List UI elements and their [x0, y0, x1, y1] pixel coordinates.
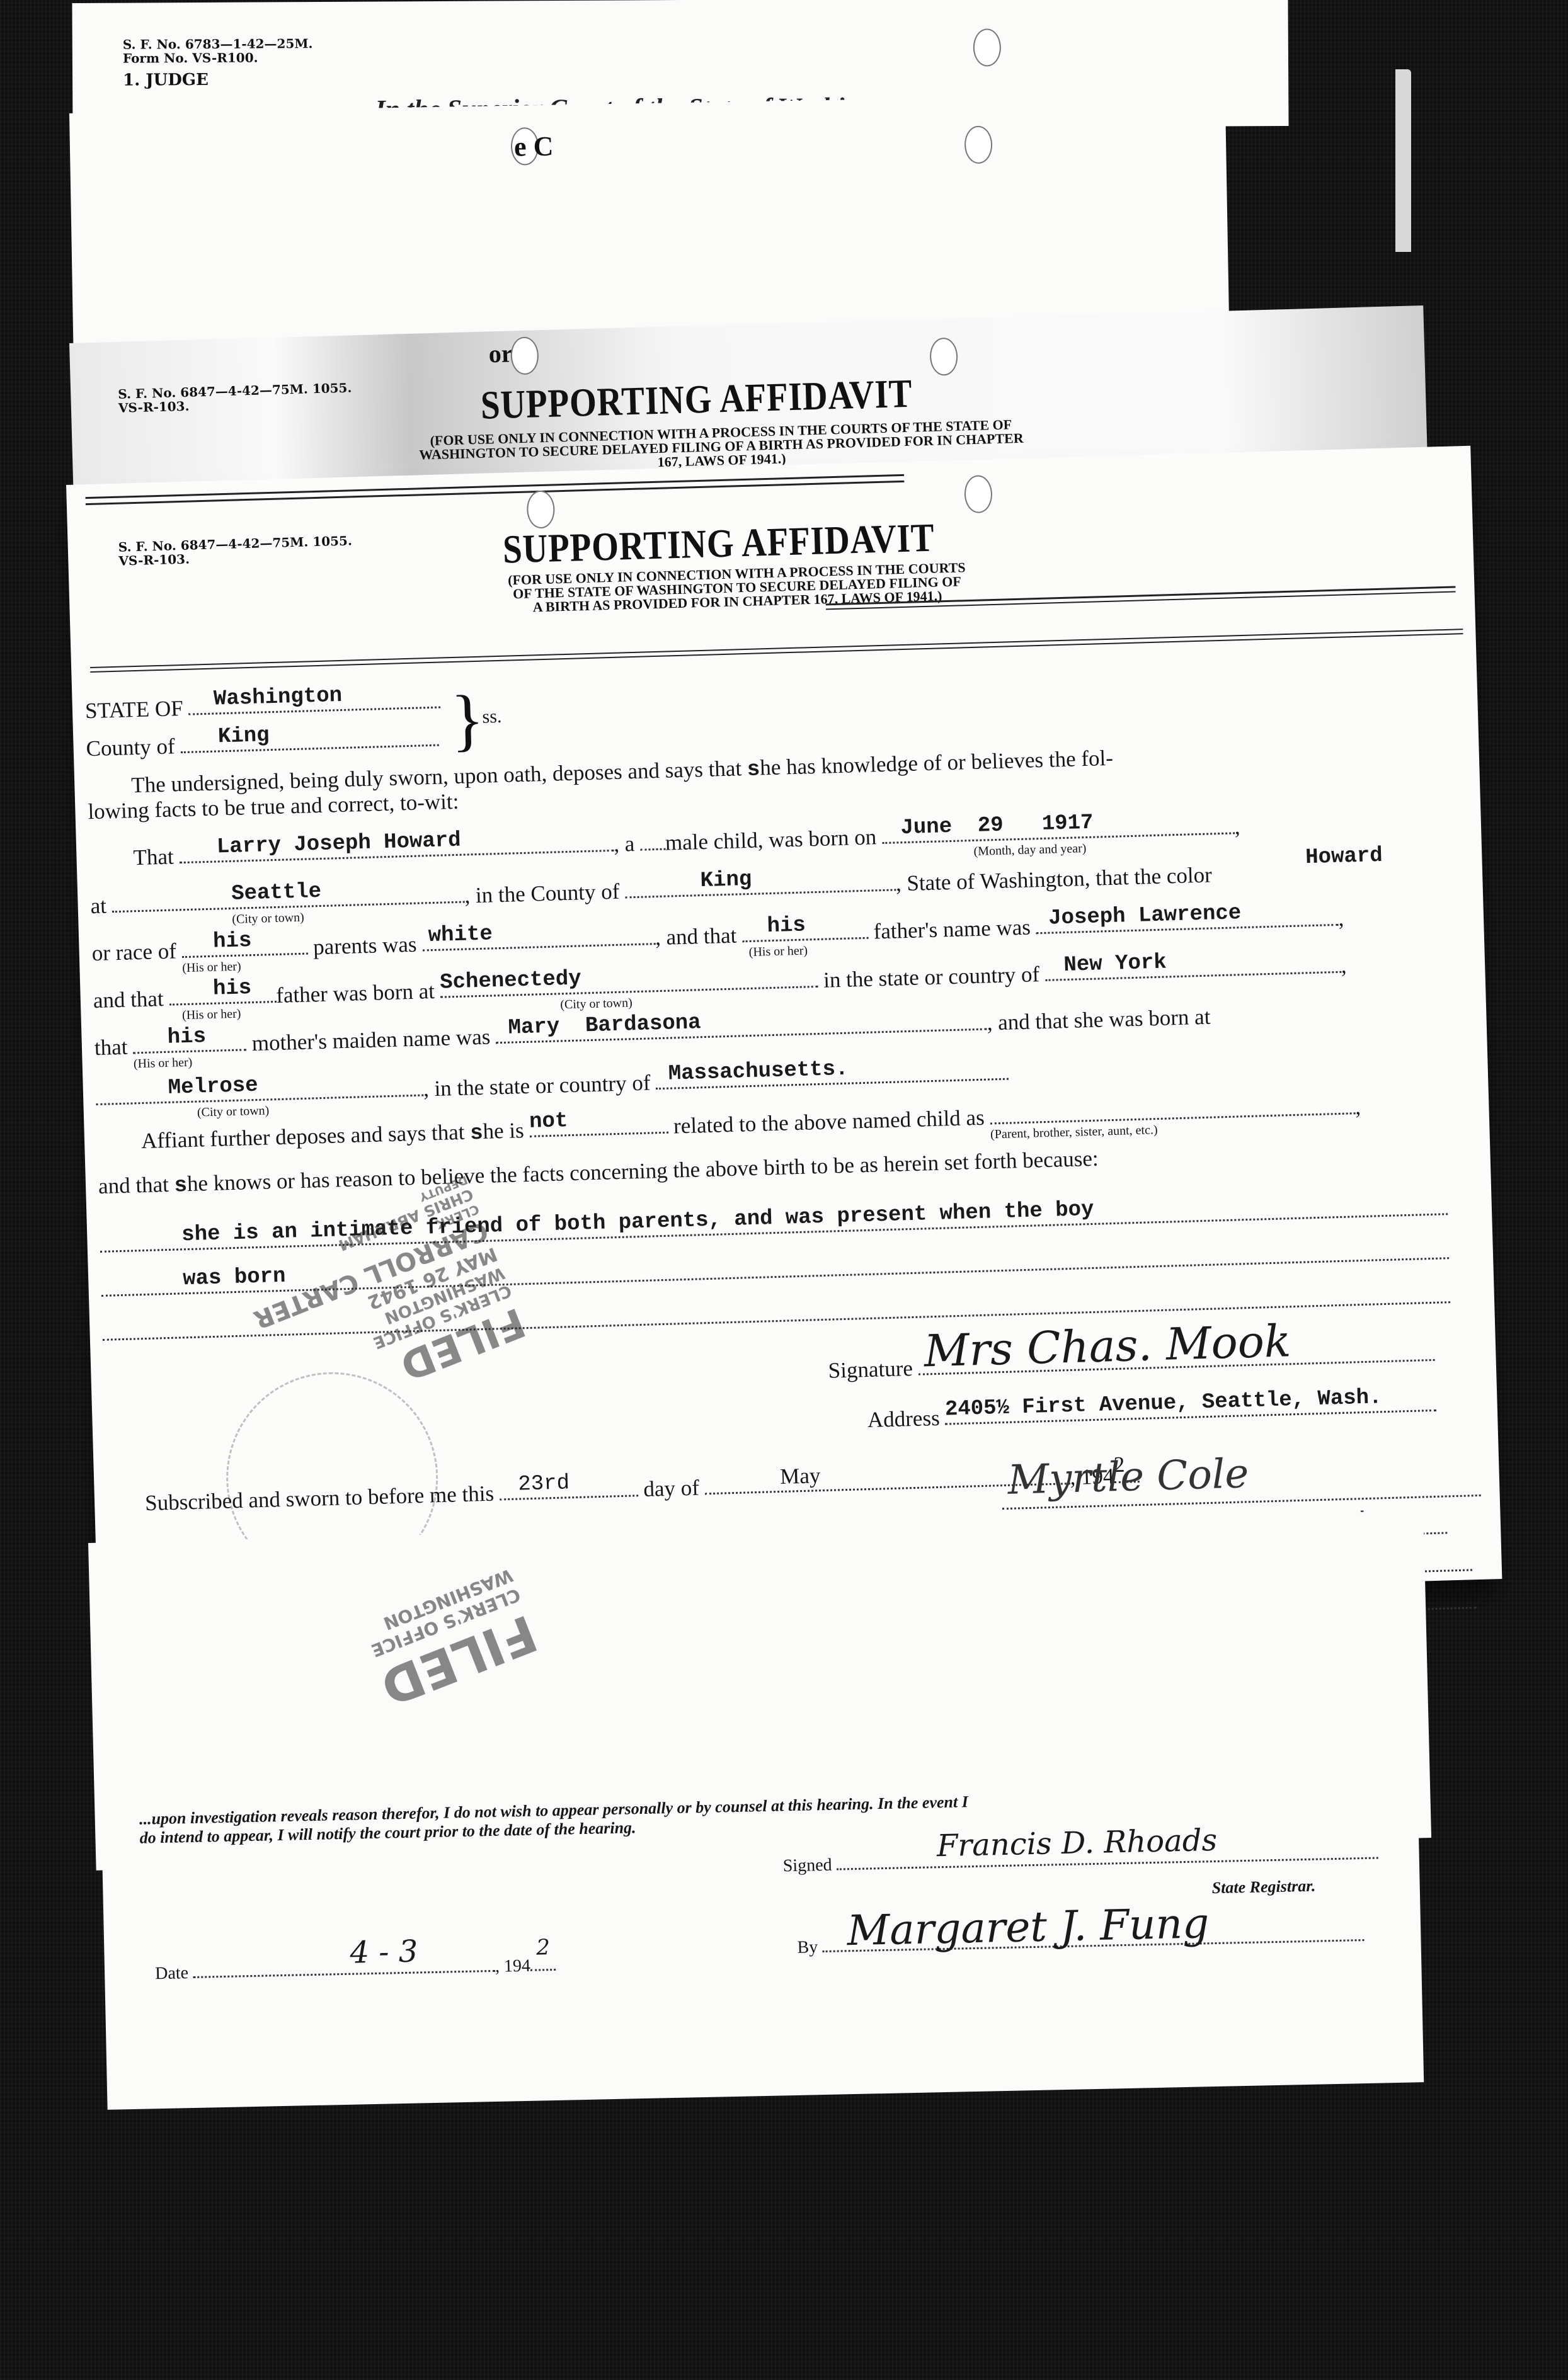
by-value: Margaret J. Fung [847, 1899, 1210, 1955]
venue-state-row: STATE OF Washington [84, 689, 440, 724]
form-number: S. F. No. 6847—4-42—75M. 1055. VS-R-103. [118, 533, 352, 567]
signature-row: Signature Mrs Chas. Mook [828, 1341, 1435, 1384]
pronoun-value: his [213, 929, 252, 954]
race-field[interactable]: white [422, 940, 655, 951]
state-wa-label: , State of Washington, that the color [895, 862, 1212, 896]
by-label: By [797, 1937, 818, 1957]
and-that-label: , and that [655, 923, 736, 950]
his-or-her-caption: (His or her) [134, 1056, 193, 1072]
and-that-label: and that [93, 986, 164, 1013]
father-birth-city-field[interactable]: Schenectedy (City or town) [440, 983, 818, 998]
registrar-text: ...upon investigation reveals reason the… [139, 1792, 969, 1848]
punch-hole [964, 475, 993, 513]
mother-birth-city-field[interactable]: Melrose (City or town) [96, 1092, 423, 1106]
sex-value: male [665, 829, 708, 855]
section-label: 1. JUDGE [123, 71, 209, 90]
state-field[interactable]: Washington [189, 704, 441, 715]
gender-prefix[interactable]: s [470, 1122, 483, 1146]
ss-label: ss. [482, 706, 502, 728]
father-birth-state-field[interactable]: New York [1045, 969, 1341, 981]
filed-stamp-copy: FILED CLERK'S OFFICE WASHINGTON [358, 1564, 545, 1717]
by-field[interactable]: Margaret J. Fung [822, 1937, 1364, 1952]
registrar-sheet: ...upon investigation reveals reason the… [101, 1761, 1424, 2110]
signed-value: Francis D. Rhoads [936, 1823, 1217, 1864]
knows-row: and that she knows or has reason to beli… [98, 1146, 1099, 1200]
day-of-label: day of [643, 1476, 700, 1501]
punch-hole [510, 336, 539, 375]
date-row: Date 4 - 3 , 1942 [155, 1956, 556, 1984]
relation-caption: (Parent, brother, sister, aunt, etc.) [990, 1123, 1158, 1142]
city-caption: (City or town) [197, 1103, 270, 1120]
father-name-label: father's name was [873, 915, 1031, 944]
relation-field[interactable]: (Parent, brother, sister, aunt, etc.) [990, 1110, 1355, 1124]
child-name-field[interactable]: Larry Joseph Howard [180, 847, 614, 863]
father-birthplace-row: and that his (His or her) father was bor… [93, 954, 1347, 1014]
signature-field[interactable]: Mrs Chas. Mook [918, 1357, 1435, 1375]
mother-maiden-label: mother's maiden name was [251, 1025, 491, 1056]
venue-county-row: County of King [86, 727, 439, 762]
related-label: related to the above named child as [673, 1105, 985, 1139]
mother-birth-state-field[interactable]: Massachusetts. [656, 1076, 1009, 1090]
she-born-label: , and that she was born at [987, 1005, 1211, 1035]
mother-maiden-field[interactable]: Mary Bardasona [496, 1026, 987, 1044]
birth-date-value: June 29 1917 [900, 811, 1094, 841]
pronoun-value: his [212, 976, 251, 1001]
parents-was-label: parents was [313, 932, 417, 960]
child-name-row: That Larry Joseph Howard , a male child,… [133, 814, 1240, 870]
pronoun-field-2[interactable]: his (His or her) [742, 935, 868, 943]
his-or-her-caption: (His or her) [182, 1007, 241, 1023]
father-name-field[interactable]: Joseph Lawrence [1036, 921, 1339, 934]
address-value: 2405½ First Avenue, Seattle, Wash. [944, 1386, 1382, 1421]
birth-date-field[interactable]: June 29 1917 (Month, day and year) [882, 829, 1235, 844]
pronoun-field-3[interactable]: his (His or her) [169, 998, 276, 1006]
affidavit-title: SUPPORTING AFFIDAVIT [480, 370, 913, 429]
father-name-value: Joseph Lawrence [1048, 901, 1242, 931]
birth-county-value: King [700, 868, 752, 893]
state-registrar-caption: State Registrar. [1211, 1877, 1315, 1898]
address-field[interactable]: 2405½ First Avenue, Seattle, Wash. [945, 1407, 1436, 1425]
signature-value: Mrs Chas. Mook [924, 1315, 1292, 1377]
folder-tab [1395, 69, 1411, 252]
relation-status-value: not [529, 1109, 568, 1134]
address-label: Address [867, 1406, 940, 1432]
mother-birthplace-row: Melrose (City or town) , in the state or… [96, 1061, 1009, 1111]
signature-label: Signature [828, 1356, 913, 1383]
date-label: Date [155, 1963, 188, 1983]
surname-overtype: Howard [1305, 844, 1383, 870]
gender-prefix[interactable]: s [747, 758, 760, 782]
birth-city-value: Seattle [231, 880, 322, 906]
sheet-fragment: or [488, 338, 513, 368]
further-text: Affiant further deposes and says that [141, 1120, 465, 1153]
notary-signature[interactable]: Myrtle Cole [1007, 1450, 1249, 1504]
father-birth-city-value: Schenectedy [440, 967, 581, 994]
race-of-label: or race of [91, 938, 176, 965]
sheet-fragment: e C [514, 130, 554, 163]
pronoun-field-4[interactable]: his (His or her) [133, 1046, 246, 1054]
birth-place-row: at Seattle (City or town) , in the Count… [90, 862, 1212, 919]
county-of-label: , in the County of [464, 879, 620, 908]
year-prefix: , 194 [495, 1956, 531, 1976]
birth-date-caption: (Month, day and year) [973, 841, 1086, 859]
punch-hole [973, 28, 1001, 66]
form-number: S. F. No. 6847—4-42—75M. 1055. VS-R-103. [118, 381, 352, 415]
birth-county-field[interactable]: King [625, 886, 896, 898]
pronoun-field-1[interactable]: his (His or her) [182, 950, 308, 959]
knows-text: and that [98, 1172, 169, 1199]
birth-city-field[interactable]: Seattle (City or town) [112, 899, 465, 913]
date-field[interactable]: 4 - 3 [193, 1967, 495, 1978]
mother-name-row: that his (His or her) mother's maiden na… [94, 1005, 1211, 1061]
father-born-label: father was born at [276, 979, 435, 1008]
form-number: S. F. No. 6783—1-42—25M. Form No. VS-R10… [123, 37, 313, 65]
city-caption: (City or town) [232, 911, 304, 927]
venue-brace: } [450, 688, 485, 751]
city-caption: (City or town) [560, 996, 632, 1012]
county-label: County of [86, 734, 175, 761]
county-field[interactable]: King [181, 742, 439, 753]
child-name-value: Larry Joseph Howard [217, 829, 462, 860]
sworn-month-value: May [780, 1463, 821, 1489]
that-label: that [94, 1035, 128, 1060]
that-label: That [133, 844, 174, 870]
state-country-label: , in the state or country of [423, 1070, 651, 1101]
a-label: , a [614, 831, 635, 857]
address-row: Address 2405½ First Avenue, Seattle, Was… [867, 1392, 1436, 1433]
county-value: King [217, 724, 270, 749]
mother-maiden-value: Mary Bardasona [508, 1011, 701, 1040]
sworn-label: Subscribed and sworn to before me this [145, 1481, 495, 1515]
punch-hole [964, 125, 993, 164]
state-value: Washington [214, 684, 343, 712]
year-field[interactable]: 2 [530, 1966, 556, 1971]
state-label: STATE OF [84, 696, 183, 723]
signed-row: Signed Francis D. Rhoads [782, 1844, 1378, 1877]
race-value: white [428, 922, 493, 948]
relation-status-field[interactable]: not [530, 1129, 668, 1137]
father-birth-state-value: New York [1063, 951, 1167, 978]
gender-prefix[interactable]: s [174, 1174, 187, 1199]
punch-hole [929, 338, 958, 376]
intro-text: he has knowledge of or believes the fol- [760, 746, 1114, 780]
form-number-line: S. F. No. 6783—1-42—25M. [123, 37, 313, 52]
pronoun-value: his [767, 914, 806, 939]
section-rule [90, 629, 1463, 668]
by-row: By Margaret J. Fung [797, 1926, 1364, 1958]
signed-field[interactable]: Francis D. Rhoads [837, 1855, 1378, 1870]
at-label: at [90, 893, 106, 918]
his-or-her-caption: (His or her) [748, 943, 808, 960]
sex-dots [640, 846, 665, 851]
supporting-affidavit-sheet: S. F. No. 6847—4-42—75M. 1055. VS-R-103.… [66, 446, 1502, 1619]
section-rule [90, 633, 1463, 673]
born-on-label: child, was born on [713, 824, 877, 853]
knows-text: he knows or has reason to believe the fa… [186, 1146, 1099, 1196]
signed-label: Signed [782, 1855, 832, 1876]
punch-hole [527, 490, 556, 528]
sworn-day-field[interactable]: 23rd [500, 1492, 638, 1500]
date-value: 4 - 3 [350, 1934, 418, 1971]
top-rule [86, 481, 905, 505]
pronoun-value: his [167, 1025, 206, 1050]
form-id-line: Form No. VS-R100. [123, 50, 313, 65]
year-value: 2 [536, 1935, 550, 1960]
further-text: he is [483, 1118, 524, 1144]
his-or-her-caption: (His or her) [182, 960, 241, 976]
sworn-day-value: 23rd [518, 1471, 570, 1496]
mother-birth-city-value: Melrose [168, 1074, 258, 1100]
state-country-label: in the state or country of [823, 962, 1040, 993]
mother-birth-state-value: Massachusetts. [668, 1057, 849, 1086]
